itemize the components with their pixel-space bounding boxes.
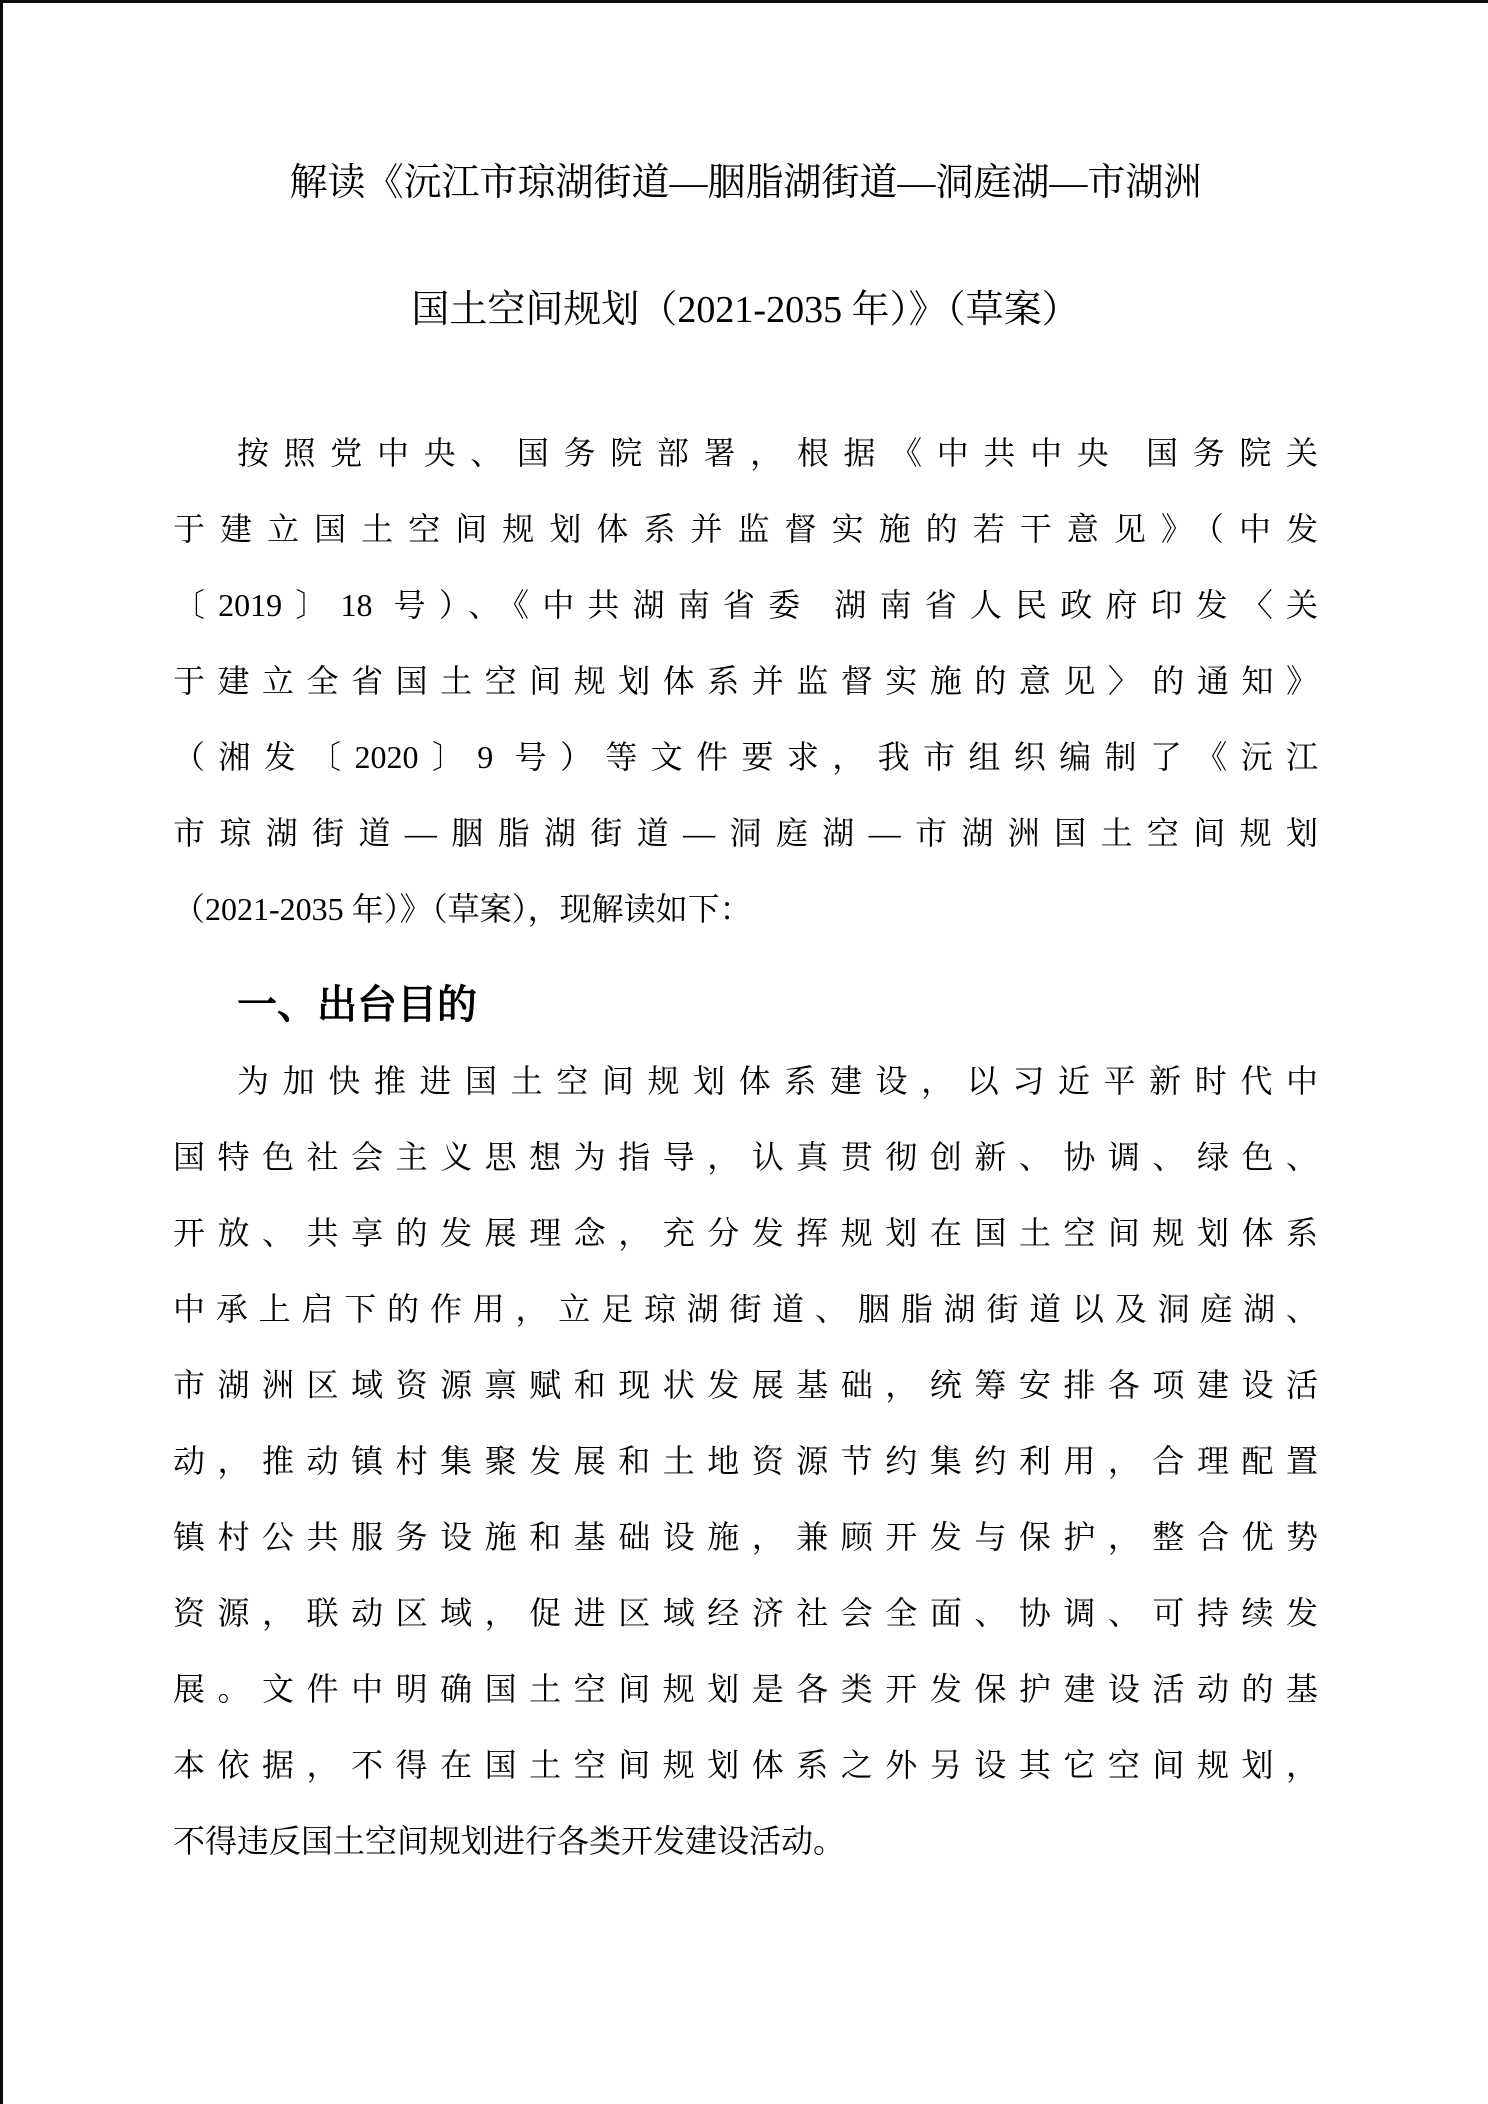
body-line: 展。文件中明确国土空间规划是各类开发保护建设活动的基 (173, 1651, 1318, 1727)
body-line: 市琼湖街道—胭脂湖街道—洞庭湖—市湖洲国土空间规划 (173, 795, 1318, 871)
body-line: 按照党中央、国务院部署，根据《中共中央 国务院关 (173, 415, 1318, 491)
body-line: 中承上启下的作用，立足琼湖街道、胭脂湖街道以及洞庭湖、 (173, 1271, 1318, 1347)
body-line: 不得违反国土空间规划进行各类开发建设活动。 (173, 1803, 1318, 1879)
body-line: 于建立国土空间规划体系并监督实施的若干意见》（中发 (173, 491, 1318, 567)
body-line: （湘发〔2020〕9 号）等文件要求，我市组织编制了《沅江 (173, 719, 1318, 795)
body-line: 〔2019〕18 号）、《中共湖南省委 湖南省人民政府印发〈关 (173, 567, 1318, 643)
body-line: 动，推动镇村集聚发展和土地资源节约集约利用，合理配置 (173, 1423, 1318, 1499)
body-line: 本依据，不得在国土空间规划体系之外另设其它空间规划， (173, 1727, 1318, 1803)
section-heading: 一、出台目的 (173, 967, 1318, 1043)
purpose-paragraph: 为加快推进国土空间规划体系建设，以习近平新时代中 国特色社会主义思想为指导，认真… (173, 1043, 1318, 1879)
document-page: 解读《沅江市琼湖街道—胭脂湖街道—洞庭湖—市湖洲 国土空间规划（2021-203… (0, 0, 1488, 2104)
document-title: 解读《沅江市琼湖街道—胭脂湖街道—洞庭湖—市湖洲 国土空间规划（2021-203… (173, 120, 1318, 374)
title-line-2: 国土空间规划（2021-2035 年）》（草案） (173, 247, 1318, 374)
body-line: 资源，联动区域，促进区域经济社会全面、协调、可持续发 (173, 1575, 1318, 1651)
title-line-1: 解读《沅江市琼湖街道—胭脂湖街道—洞庭湖—市湖洲 (173, 120, 1318, 247)
body-line: 于建立全省国土空间规划体系并监督实施的意见〉的通知》 (173, 643, 1318, 719)
body-line: 镇村公共服务设施和基础设施，兼顾开发与保护，整合优势 (173, 1499, 1318, 1575)
body-line: （2021-2035 年）》（草案），现解读如下： (173, 871, 1318, 947)
document-content: 解读《沅江市琼湖街道—胭脂湖街道—洞庭湖—市湖洲 国土空间规划（2021-203… (3, 120, 1488, 1879)
body-line: 开放、共享的发展理念，充分发挥规划在国土空间规划体系 (173, 1195, 1318, 1271)
body-line: 国特色社会主义思想为指导，认真贯彻创新、协调、绿色、 (173, 1119, 1318, 1195)
body-line: 为加快推进国土空间规划体系建设，以习近平新时代中 (173, 1043, 1318, 1119)
intro-paragraph: 按照党中央、国务院部署，根据《中共中央 国务院关 于建立国土空间规划体系并监督实… (173, 415, 1318, 947)
body-line: 市湖洲区域资源禀赋和现状发展基础，统筹安排各项建设活 (173, 1347, 1318, 1423)
